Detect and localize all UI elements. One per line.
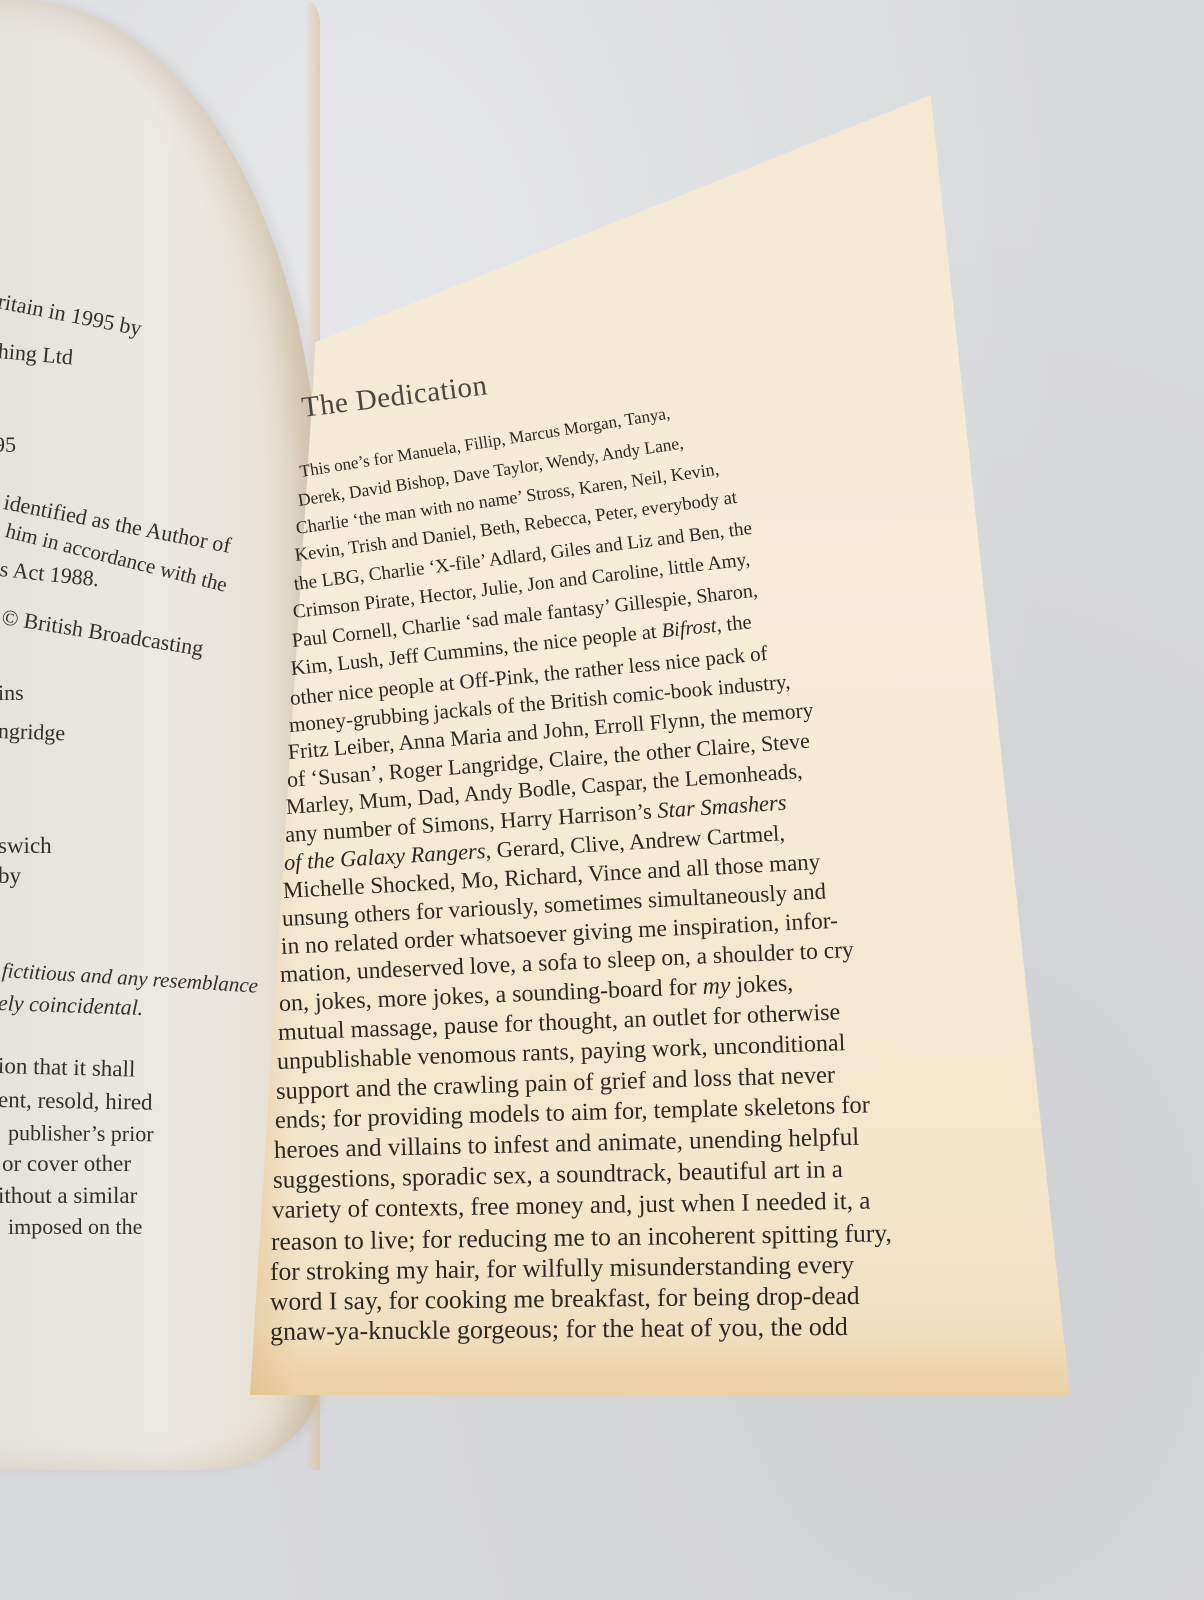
left-line: © British Broadcasting — [0, 604, 205, 662]
left-line: publisher’s prior — [8, 1120, 154, 1148]
left-line: ins — [0, 680, 24, 706]
left-line: or cover other — [2, 1150, 131, 1178]
left-line: by — [0, 862, 21, 890]
left-line: ithout a similar — [0, 1182, 137, 1210]
left-line: 95 — [0, 432, 16, 458]
right-page — [250, 95, 1070, 1395]
left-line: ngridge — [0, 718, 66, 747]
left-line: ely coincidental. — [0, 990, 144, 1021]
left-line: ritain in 1995 by — [0, 288, 144, 342]
left-line: imposed on the — [8, 1214, 142, 1240]
left-line: swich — [0, 832, 52, 860]
left-line: hing Ltd — [0, 338, 74, 371]
left-line: ent, resold, hired — [0, 1086, 153, 1116]
left-line: ion that it shall — [0, 1052, 136, 1083]
